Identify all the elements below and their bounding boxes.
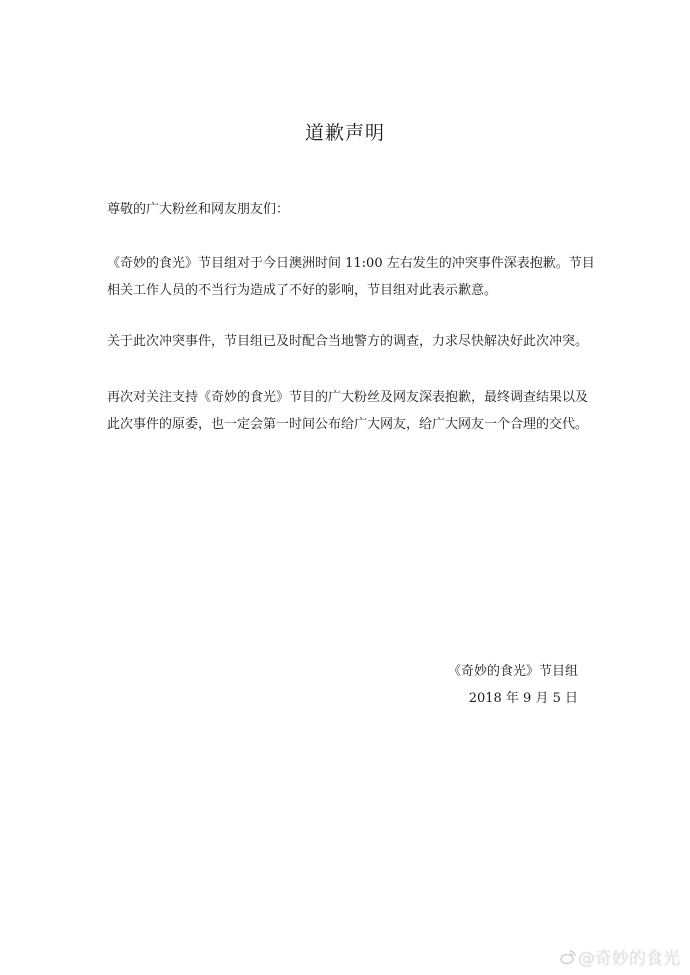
- paragraph-apology: 《奇妙的食光》节目组对于今日澳洲时间 11:00 左右发生的冲突事件深表抱歉。节…: [107, 250, 597, 304]
- paragraph-followup: 再次对关注支持《奇妙的食光》节目的广大粉丝及网友深表抱歉，最终调查结果以及此次事…: [107, 384, 597, 438]
- salutation: 尊敬的广大粉丝和网友朋友们：: [107, 196, 597, 223]
- date: 2018 年 9 月 5 日: [469, 687, 578, 706]
- signature: 《奇妙的食光》节目组: [448, 660, 578, 679]
- weibo-icon: [560, 949, 576, 965]
- page-title: 道歉声明: [0, 118, 690, 145]
- watermark-text: @奇妙的食光: [578, 944, 680, 969]
- paragraph-investigation: 关于此次冲突事件，节目组已及时配合当地警方的调查，力求尽快解决好此次冲突。: [107, 328, 597, 355]
- weibo-watermark: @奇妙的食光: [560, 944, 680, 969]
